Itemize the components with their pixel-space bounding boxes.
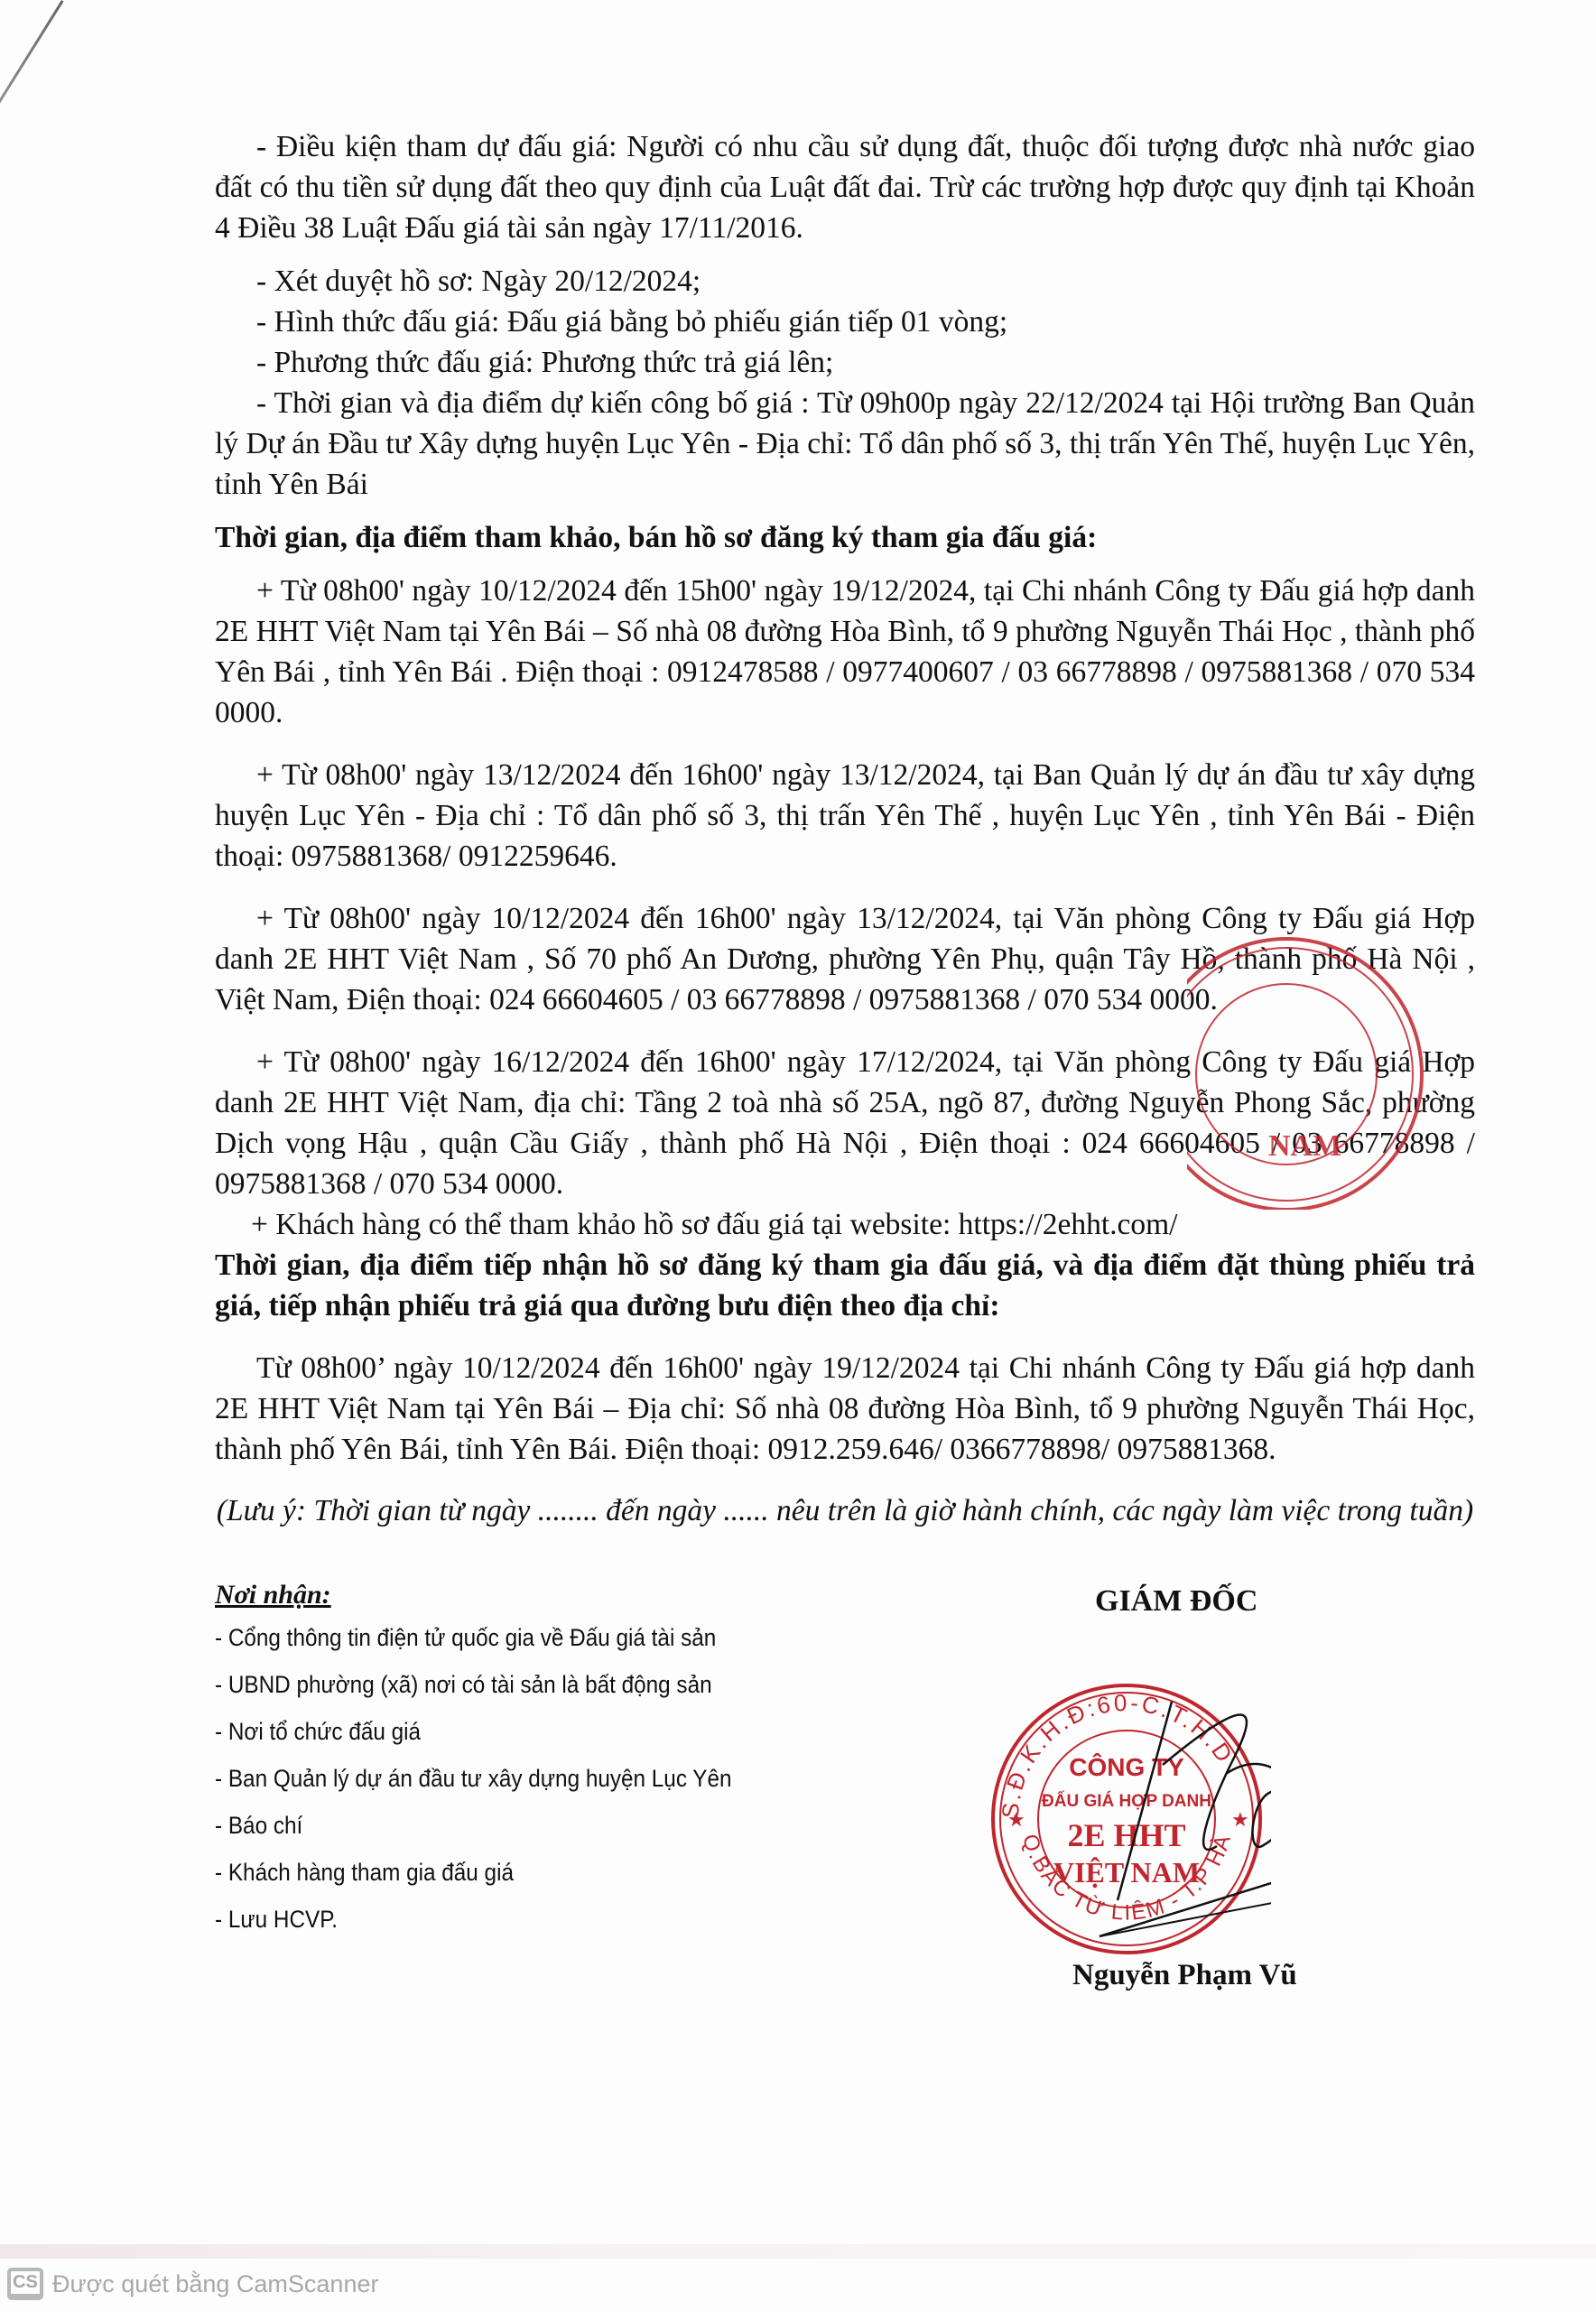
page-edge-line <box>0 0 64 128</box>
review-date: - Xét duyệt hồ sơ: Ngày 20/12/2024; <box>215 261 1475 302</box>
price-announcement: - Thời gian và địa điểm dự kiến công bố … <box>215 383 1475 505</box>
recipients-list: Nơi nhận: - Cổng thông tin điện tử quốc … <box>215 1580 937 1943</box>
recipient-item: - Khách hàng tham gia đấu giá <box>215 1849 865 1896</box>
camscanner-text: Được quét bằng CamScanner <box>52 2270 378 2298</box>
svg-text:CÔNG TY: CÔNG TY <box>1069 1752 1184 1781</box>
reference-item: + Từ 08h00' ngày 10/12/2024 đến 15h00' n… <box>215 571 1475 733</box>
recipient-item: - Nơi tổ chức đấu giá <box>215 1708 865 1755</box>
reference-item: + Từ 08h00' ngày 13/12/2024 đến 16h00' n… <box>215 755 1475 877</box>
svg-text:NAM: NAM <box>1268 1129 1341 1163</box>
svg-text:2E HHT: 2E HHT <box>1067 1817 1185 1853</box>
reference-heading: Thời gian, địa điểm tham khảo, bán hồ sơ… <box>215 517 1475 558</box>
camscanner-watermark: CS Được quét bằng CamScanner <box>7 2264 378 2304</box>
recipient-item: - Cổng thông tin điện tử quốc gia về Đấu… <box>215 1614 865 1661</box>
submission-heading: Thời gian, địa điểm tiếp nhận hồ sơ đăng… <box>215 1245 1475 1326</box>
signature-block: GIÁM ĐỐC S.Đ.K.H.Đ:60-C.T.H.D Q.BẮC TỪ L… <box>955 1580 1461 1995</box>
svg-text:ĐẤU GIÁ HỢP DANH: ĐẤU GIÁ HỢP DANH <box>1042 1791 1211 1811</box>
recipients-title: Nơi nhận: <box>215 1580 937 1610</box>
recipient-item: - Lưu HCVP. <box>215 1896 865 1943</box>
camscanner-logo-icon: CS <box>7 2268 43 2300</box>
auction-method: - Phương thức đấu giá: Phương thức trả g… <box>215 342 1475 383</box>
company-stamp-partial: NAM <box>1187 921 1458 1210</box>
website-note: + Khách hàng có thể tham khảo hồ sơ đấu … <box>215 1204 1475 1245</box>
signer-title: GIÁM ĐỐC <box>1095 1584 1257 1619</box>
star-icon: ★ <box>1231 1808 1249 1831</box>
working-hours-note: (Lưu ý: Thời gian từ ngày ........ đến n… <box>215 1493 1475 1529</box>
document-body: - Điều kiện tham dự đấu giá: Người có nh… <box>215 126 1475 1529</box>
eligibility-paragraph: - Điều kiện tham dự đấu giá: Người có nh… <box>215 126 1475 248</box>
star-icon: ★ <box>1007 1808 1025 1831</box>
recipient-item: - UBND phường (xã) nơi có tài sản là bất… <box>215 1661 865 1708</box>
submission-body: Từ 08h00’ ngày 10/12/2024 đến 16h00' ngà… <box>215 1348 1475 1470</box>
closing-section: Nơi nhận: - Cổng thông tin điện tử quốc … <box>215 1580 1475 1995</box>
company-stamp: S.Đ.K.H.Đ:60-C.T.H.D Q.BẮC TỪ LIÊM - T.P… <box>982 1666 1271 1954</box>
auction-form: - Hình thức đấu giá: Đấu giá bằng bỏ phi… <box>215 302 1475 342</box>
svg-text:VIỆT NAM: VIỆT NAM <box>1053 1856 1200 1889</box>
signer-name: Nguyễn Phạm Vũ <box>1072 1959 1297 1992</box>
recipient-item: - Báo chí <box>215 1802 865 1849</box>
scan-shadow <box>0 2244 1596 2259</box>
recipient-item: - Ban Quản lý dự án đầu tư xây dựng huyệ… <box>215 1755 865 1802</box>
